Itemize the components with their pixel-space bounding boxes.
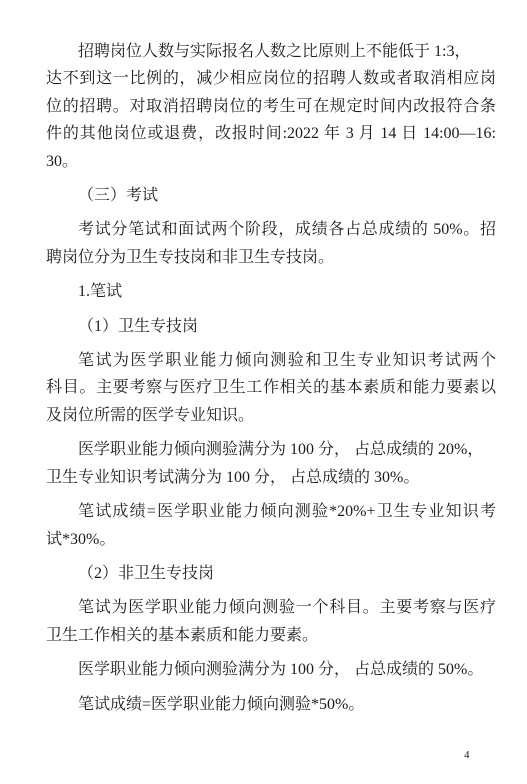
paragraph: 招聘岗位人数与实际报名人数之比原则上不能低于 1:3， 达不到这一比例的，减少相… — [46, 38, 496, 175]
text-line: （1）卫生专技岗 — [46, 313, 496, 340]
text-line: 卫生专业知识考试满分为 100 分， 占总成绩的 30%。 — [46, 464, 496, 491]
text-line: 试*30%。 — [46, 526, 496, 553]
subsection-heading: （1）卫生专技岗 — [46, 313, 496, 340]
text-line: 卫生工作相关的基本素质和能力要素。 — [46, 622, 496, 649]
paragraph: 笔试为医学职业能力倾向测验一个科目。主要考察与医疗 卫生工作相关的基本素质和能力… — [46, 594, 496, 649]
text-line: 1.笔试 — [46, 278, 496, 305]
text-line: 医学职业能力倾向测验满分为 100 分， 占总成绩的 20%， — [46, 436, 496, 463]
text-line: 30。 — [46, 148, 496, 175]
text-line: 考试分笔试和面试两个阶段，成绩各占总成绩的 50%。招 — [46, 216, 496, 243]
text-line: 笔试成绩=医学职业能力倾向测验*20%+卫生专业知识考 — [46, 498, 496, 525]
text-line: 达不到这一比例的，减少相应岗位的招聘人数或者取消相应岗 — [46, 65, 496, 92]
page-number: 4 — [464, 748, 470, 762]
text-line: 笔试为医学职业能力倾向测验和卫生专业知识考试两个 — [46, 347, 496, 374]
text-line: （三）考试 — [46, 182, 496, 209]
paragraph: 医学职业能力倾向测验满分为 100 分， 占总成绩的 20%， 卫生专业知识考试… — [46, 436, 496, 491]
text-line: 医学职业能力倾向测验满分为 100 分， 占总成绩的 50%。 — [46, 656, 496, 683]
paragraph: 笔试成绩=医学职业能力倾向测验*20%+卫生专业知识考 试*30%。 — [46, 498, 496, 553]
paragraph: 笔试为医学职业能力倾向测验和卫生专业知识考试两个 科目。主要考察与医疗卫生工作相… — [46, 347, 496, 429]
text-line: 件的其他岗位或退费，改报时间:2022 年 3 月 14 日 14:00—16: — [46, 120, 496, 147]
text-line: （2）非卫生专技岗 — [46, 560, 496, 587]
document-page: 招聘岗位人数与实际报名人数之比原则上不能低于 1:3， 达不到这一比例的，减少相… — [0, 0, 527, 784]
section-heading: （三）考试 — [46, 182, 496, 209]
text-line: 笔试成绩=医学职业能力倾向测验*50%。 — [46, 691, 496, 718]
text-line: 及岗位所需的医学专业知识。 — [46, 402, 496, 429]
text-line: 科目。主要考察与医疗卫生工作相关的基本素质和能力要素以 — [46, 374, 496, 401]
subsection-heading: 1.笔试 — [46, 278, 496, 305]
paragraph: 医学职业能力倾向测验满分为 100 分， 占总成绩的 50%。 — [46, 656, 496, 683]
text-line: 招聘岗位人数与实际报名人数之比原则上不能低于 1:3， — [46, 38, 496, 65]
paragraph: 笔试成绩=医学职业能力倾向测验*50%。 — [46, 691, 496, 718]
page-body-text: 招聘岗位人数与实际报名人数之比原则上不能低于 1:3， 达不到这一比例的，减少相… — [46, 38, 496, 725]
text-line: 笔试为医学职业能力倾向测验一个科目。主要考察与医疗 — [46, 594, 496, 621]
paragraph: 考试分笔试和面试两个阶段，成绩各占总成绩的 50%。招 聘岗位分为卫生专技岗和非… — [46, 216, 496, 271]
text-line: 位的招聘。对取消招聘岗位的考生可在规定时间内改报符合条 — [46, 93, 496, 120]
text-line: 聘岗位分为卫生专技岗和非卫生专技岗。 — [46, 244, 496, 271]
subsection-heading: （2）非卫生专技岗 — [46, 560, 496, 587]
